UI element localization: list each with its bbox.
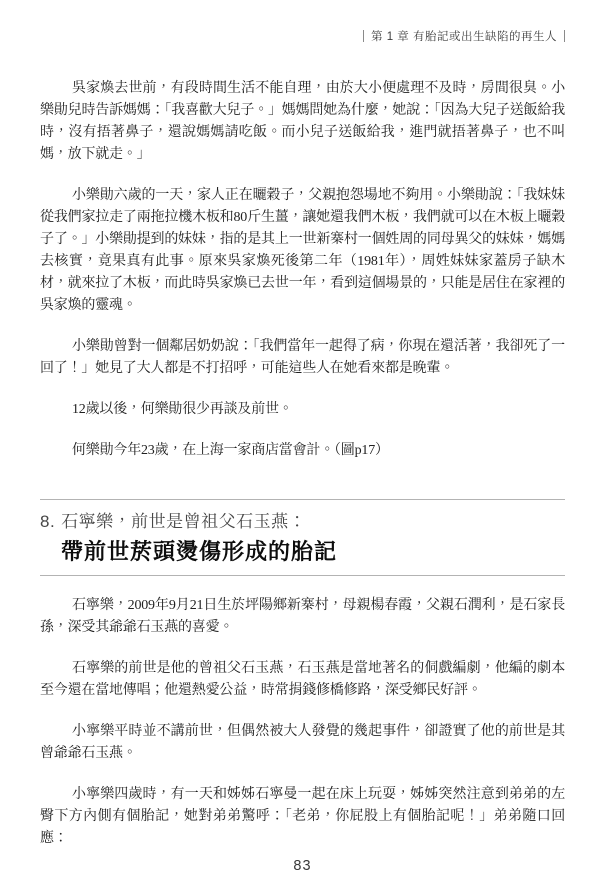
- paragraph-intro-1: 吳家煥去世前，有段時間生活不能自理，由於大小便處理不及時，房間很臭。小樂勛兒時告…: [40, 78, 565, 166]
- paragraph-intro-2: 小樂勛六歲的一天，家人正在曬穀子，父親抱怨場地不夠用。小樂勛說：「我妹妹從我們家…: [40, 185, 565, 317]
- section-divider-top: [40, 499, 565, 500]
- section-subtitle-line: 8.石寧樂，前世是曾祖父石玉燕：: [40, 510, 565, 534]
- paragraph-section-1: 石寧樂，2009年9月21日生於坪陽鄉新寨村，母親楊春霞，父親石潤利，是石家長孫…: [40, 595, 565, 639]
- paragraph-section-3: 小寧樂平時並不講前世，但偶然被大人發覺的幾起事件，卻證實了他的前世是其曾爺爺石玉…: [40, 721, 565, 765]
- running-header: 第 1 章 有胎記或出生缺陷的再生人: [363, 28, 565, 44]
- book-page: 第 1 章 有胎記或出生缺陷的再生人 吳家煥去世前，有段時間生活不能自理，由於大…: [0, 0, 605, 896]
- header-left-bar: [363, 30, 364, 42]
- paragraph-section-2: 石寧樂的前世是他的曾祖父石玉燕，石玉燕是當地著名的侗戲編劇，他編的劇本至今還在當…: [40, 658, 565, 702]
- section-title: 帶前世菸頭燙傷形成的胎記: [40, 538, 565, 566]
- section-subtitle: 石寧樂，前世是曾祖父石玉燕：: [61, 512, 306, 531]
- section-heading: 8.石寧樂，前世是曾祖父石玉燕： 帶前世菸頭燙傷形成的胎記: [40, 499, 565, 576]
- chapter-title: 第 1 章 有胎記或出生缺陷的再生人: [371, 28, 557, 44]
- header-right-bar: [564, 30, 565, 42]
- paragraph-section-4: 小寧樂四歲時，有一天和姊姊石寧曼一起在床上玩耍，姊姊突然注意到弟弟的左臀下方內側…: [40, 784, 565, 850]
- section-divider-bottom: [40, 575, 565, 576]
- paragraph-intro-3: 小樂勛曾對一個鄰居奶奶說：「我們當年一起得了病，你現在還活著，我卻死了一回了！」…: [40, 336, 565, 380]
- page-number: 83: [0, 858, 605, 874]
- paragraph-intro-5: 何樂勛今年23歲，在上海一家商店當會計。（圖p17）: [40, 440, 565, 462]
- paragraph-intro-4: 12歲以後，何樂勛很少再談及前世。: [40, 399, 565, 421]
- page-body: 吳家煥去世前，有段時間生活不能自理，由於大小便處理不及時，房間很臭。小樂勛兒時告…: [40, 0, 565, 850]
- section-number: 8.: [40, 510, 55, 534]
